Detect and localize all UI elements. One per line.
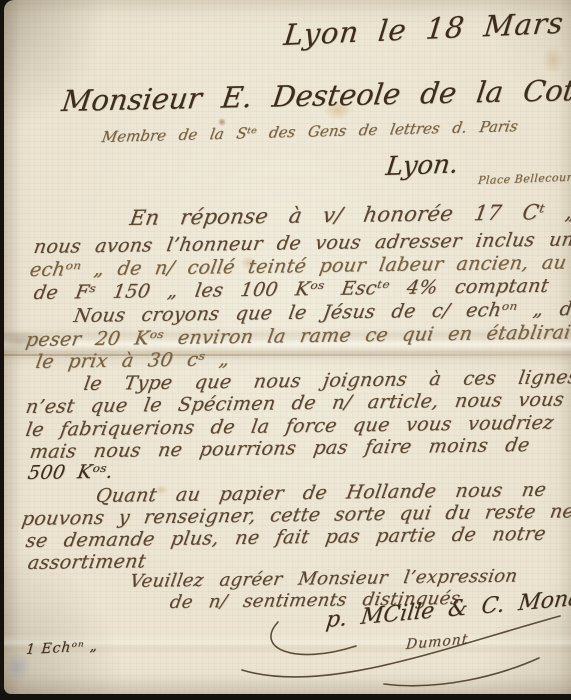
letter-paper: Lyon le 18 Mars 1870 Monsieur E. Desteol… [4, 0, 571, 694]
letter-photograph: Lyon le 18 Mars 1870 Monsieur E. Desteol… [0, 0, 571, 700]
body-line: assortiment [26, 550, 147, 574]
body-line: 500 Kᵒˢ. [26, 461, 114, 484]
date-line: Lyon le 18 Mars 1870 [282, 1, 571, 52]
address-note: Place Bellecour 8 [478, 170, 571, 187]
recipient-title-line: Membre de la Sᵗᵉ des Gens de lettres d. … [100, 117, 519, 146]
body-line: le prix à 30 cˢ „ [34, 348, 231, 373]
place-line: Lyon. [384, 149, 460, 182]
enclosure-annotation: 1 Echᵒⁿ „ [25, 638, 99, 658]
body-line: En réponse à v/ honorée 17 Cᵗ „ [128, 200, 571, 230]
paper-stain [542, 46, 564, 74]
recipient-line: Monsieur E. Desteole de la Cottière [60, 72, 571, 118]
